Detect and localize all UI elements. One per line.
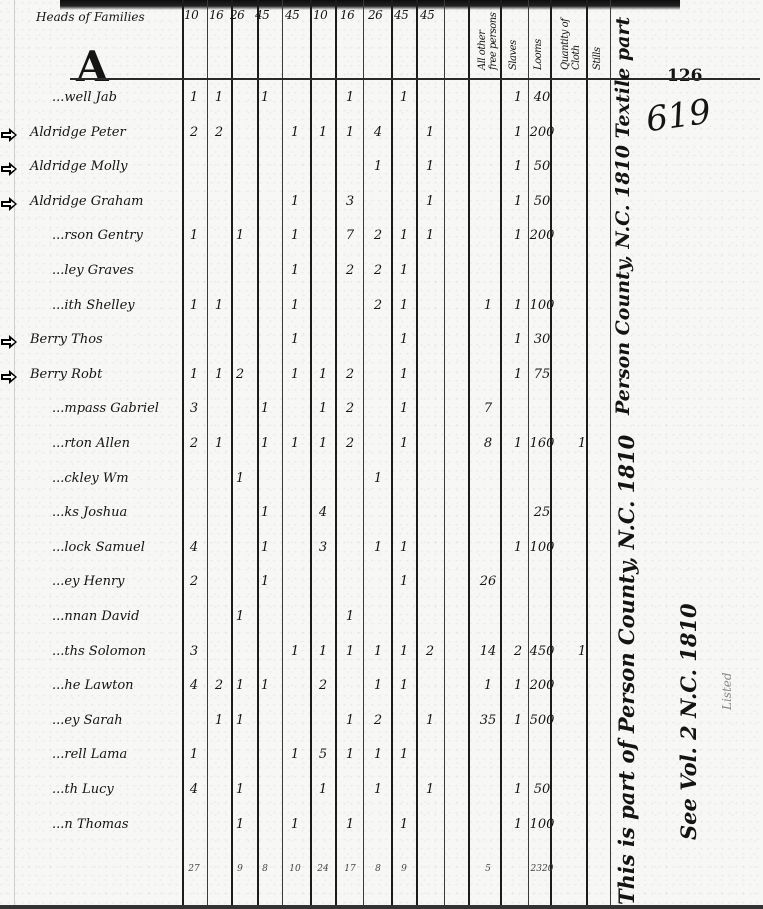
tally-cell: 1: [209, 713, 229, 728]
census-row: ...n Thomas11111100: [0, 815, 620, 843]
tally-cell: 1: [313, 401, 333, 416]
census-row: Aldridge Graham131150: [0, 192, 620, 220]
tally-cell: 1: [255, 90, 275, 105]
head-of-family-name: Berry Thos: [30, 332, 103, 347]
census-row: ...he Lawton421121111200: [0, 676, 620, 704]
tally-cell: 1: [368, 644, 388, 659]
tally-cell: 2: [209, 678, 229, 693]
tally-cell: 75: [525, 367, 559, 382]
head-of-family-name: Aldridge Graham: [30, 194, 144, 209]
tally-cell: 1: [255, 401, 275, 416]
age-column-header: 10: [184, 8, 198, 22]
tally-cell: 7: [340, 228, 360, 243]
tally-cell: 1: [313, 782, 333, 797]
section-letter: A: [76, 42, 109, 91]
right-arrow-icon: [0, 127, 18, 141]
tally-cell: 1: [368, 678, 388, 693]
tally-cell: 1: [394, 540, 414, 555]
total-cell: 27: [184, 864, 204, 874]
census-row: ...nnan David11: [0, 607, 620, 635]
tally-cell: 1: [394, 228, 414, 243]
tally-cell: 3: [184, 644, 204, 659]
tally-cell: 1: [255, 540, 275, 555]
tally-cell: 1: [420, 159, 440, 174]
tally-cell: 1: [340, 817, 360, 832]
tally-cell: 1: [313, 125, 333, 140]
tally-cell: 3: [184, 401, 204, 416]
tally-cell: 1: [255, 574, 275, 589]
head-of-family-name: ...rton Allen: [52, 436, 130, 451]
tally-cell: 1: [255, 505, 275, 520]
tally-cell: 100: [525, 817, 559, 832]
tally-cell: 1: [420, 713, 440, 728]
census-row: Berry Thos11130: [0, 330, 620, 358]
tally-cell: 450: [525, 644, 559, 659]
tally-cell: 1: [368, 159, 388, 174]
age-column-header: 45: [285, 8, 299, 22]
head-of-family-name: ...ks Joshua: [52, 505, 127, 520]
total-cell: 2320: [525, 864, 559, 874]
tally-cell: 8: [478, 436, 498, 451]
age-column-header: 45: [394, 8, 408, 22]
tally-cell: 2: [184, 574, 204, 589]
side-note-main: This is part of Person County, N.C. 1810: [614, 520, 639, 905]
tally-cell: 1: [230, 609, 250, 624]
tally-cell: 100: [525, 540, 559, 555]
tally-cell: 1: [478, 678, 498, 693]
census-row: ...rell Lama115111: [0, 745, 620, 773]
tally-cell: 1: [230, 713, 250, 728]
tally-cell: 1: [565, 644, 599, 659]
category-column-header: All other free persons: [477, 10, 493, 70]
tally-cell: 1: [394, 367, 414, 382]
total-cell: 8: [368, 864, 388, 874]
tally-cell: 1: [209, 436, 229, 451]
tally-cell: 1: [184, 298, 204, 313]
tally-cell: 1: [394, 332, 414, 347]
head-of-family-name: ...lock Samuel: [52, 540, 145, 555]
tally-cell: 2: [368, 263, 388, 278]
tally-cell: 1: [394, 298, 414, 313]
tally-cell: 1: [420, 782, 440, 797]
census-row: ...rson Gentry11172111200: [0, 226, 620, 254]
head-of-family-name: ...ey Henry: [52, 574, 125, 589]
side-note-upper: Person County, N.C. 1810 Textile part: [612, 115, 634, 415]
census-row: Aldridge Molly11150: [0, 157, 620, 185]
head-of-family-name: ...ckley Wm: [52, 471, 129, 486]
names-column-header: Heads of Families: [36, 10, 145, 24]
total-cell: 8: [255, 864, 275, 874]
tally-cell: 5: [313, 747, 333, 762]
tally-cell: 1: [230, 471, 250, 486]
total-cell: 5: [478, 864, 498, 874]
tally-cell: 30: [525, 332, 559, 347]
tally-cell: 1: [285, 332, 305, 347]
tally-cell: 1: [394, 90, 414, 105]
tally-cell: 2: [340, 401, 360, 416]
tally-cell: 1: [368, 782, 388, 797]
tally-cell: 500: [525, 713, 559, 728]
tally-cell: 1: [420, 125, 440, 140]
category-column-header: Looms: [533, 10, 549, 70]
census-row: ...ith Shelley1112111100: [0, 296, 620, 324]
tally-cell: 2: [420, 644, 440, 659]
head-of-family-name: ...th Lucy: [52, 782, 114, 797]
tally-cell: 1: [285, 367, 305, 382]
head-of-family-name: ...ith Shelley: [52, 298, 135, 313]
tally-cell: 4: [184, 540, 204, 555]
column-totals: 27981024178952320: [0, 862, 620, 882]
category-column-header: Slaves: [508, 10, 524, 70]
tally-cell: 1: [340, 644, 360, 659]
tally-cell: 2: [368, 228, 388, 243]
tally-cell: 1: [209, 90, 229, 105]
head-of-family-name: ...ley Graves: [52, 263, 134, 278]
census-row: ...ey Sarah11121351500: [0, 711, 620, 739]
tally-cell: 3: [340, 194, 360, 209]
tally-cell: 1: [255, 678, 275, 693]
head-of-family-name: Aldridge Peter: [30, 125, 126, 140]
tally-cell: 100: [525, 298, 559, 313]
tally-cell: 50: [525, 159, 559, 174]
folio-mark: 619: [644, 92, 714, 141]
tally-cell: 1: [394, 263, 414, 278]
tally-cell: 26: [478, 574, 498, 589]
scan-bottom-edge: [0, 905, 763, 909]
right-arrow-icon: [0, 369, 18, 383]
tally-cell: 1: [394, 436, 414, 451]
census-row: ...ey Henry21126: [0, 572, 620, 600]
tally-cell: 200: [525, 678, 559, 693]
tally-cell: 1: [394, 678, 414, 693]
age-column-header: 16: [209, 8, 223, 22]
census-row: ...th Lucy41111150: [0, 780, 620, 808]
tally-cell: 1: [230, 782, 250, 797]
tally-cell: 200: [525, 125, 559, 140]
tally-cell: 1: [368, 747, 388, 762]
tally-cell: 1: [313, 436, 333, 451]
tally-cell: 1: [230, 228, 250, 243]
tally-cell: 2: [340, 367, 360, 382]
tally-cell: 1: [184, 367, 204, 382]
tally-cell: 1: [209, 298, 229, 313]
tally-cell: 2: [368, 713, 388, 728]
head-of-family-name: ...n Thomas: [52, 817, 129, 832]
tally-cell: 1: [285, 747, 305, 762]
header-rule: [70, 78, 760, 80]
census-row: ...ks Joshua1425: [0, 503, 620, 531]
tally-cell: 1: [340, 609, 360, 624]
census-row: Aldridge Peter22111411200: [0, 123, 620, 151]
total-cell: 17: [340, 864, 360, 874]
tally-cell: 1: [420, 228, 440, 243]
tally-cell: 2: [368, 298, 388, 313]
head-of-family-name: ...rell Lama: [52, 747, 127, 762]
age-column-header: 10: [313, 8, 327, 22]
tally-cell: 35: [478, 713, 498, 728]
census-row: ...ths Solomon31111121424501: [0, 642, 620, 670]
census-row: ...lock Samuel413111100: [0, 538, 620, 566]
total-cell: 9: [394, 864, 414, 874]
tally-cell: 50: [525, 194, 559, 209]
tally-cell: 1: [340, 747, 360, 762]
tally-cell: 4: [184, 782, 204, 797]
tally-cell: 7: [478, 401, 498, 416]
tally-cell: 4: [368, 125, 388, 140]
category-column-header: Stills: [592, 10, 608, 70]
head-of-family-name: ...well Jab: [52, 90, 117, 105]
tally-cell: 1: [285, 125, 305, 140]
tally-cell: 25: [525, 505, 559, 520]
total-cell: 9: [230, 864, 250, 874]
tally-cell: 160: [525, 436, 559, 451]
tally-cell: 1: [394, 401, 414, 416]
tally-cell: 1: [394, 574, 414, 589]
census-row: ...mpass Gabriel311217: [0, 399, 620, 427]
head-of-family-name: ...mpass Gabriel: [52, 401, 159, 416]
tally-cell: 1: [368, 471, 388, 486]
right-arrow-icon: [0, 334, 18, 348]
tally-cell: 1: [184, 90, 204, 105]
tally-cell: 1: [340, 90, 360, 105]
side-note-reference: See Vol. 2 N.C. 1810: [676, 540, 701, 840]
head-of-family-name: ...ey Sarah: [52, 713, 123, 728]
page-number: 126: [667, 66, 703, 86]
tally-cell: 1: [313, 367, 333, 382]
tally-cell: 200: [525, 228, 559, 243]
tally-cell: 1: [340, 713, 360, 728]
tally-cell: 50: [525, 782, 559, 797]
age-column-header: 45: [255, 8, 269, 22]
census-row: ...ley Graves1221: [0, 261, 620, 289]
tally-cell: 1: [313, 644, 333, 659]
age-column-header: 16: [340, 8, 354, 22]
head-of-family-name: ...rson Gentry: [52, 228, 143, 243]
tally-cell: 1: [184, 228, 204, 243]
age-column-header: 26: [368, 8, 382, 22]
head-of-family-name: ...nnan David: [52, 609, 139, 624]
tally-cell: 1: [478, 298, 498, 313]
tally-cell: 2: [313, 678, 333, 693]
census-row: ...ckley Wm11: [0, 469, 620, 497]
head-of-family-name: Berry Robt: [30, 367, 102, 382]
tally-cell: 1: [340, 125, 360, 140]
tally-cell: 1: [285, 298, 305, 313]
census-row: ...rton Allen2111121811601: [0, 434, 620, 462]
tally-cell: 1: [285, 436, 305, 451]
tally-cell: 2: [340, 263, 360, 278]
right-arrow-icon: [0, 196, 18, 210]
tally-cell: 2: [340, 436, 360, 451]
tally-cell: 1: [230, 817, 250, 832]
tally-cell: 1: [420, 194, 440, 209]
tally-cell: 4: [184, 678, 204, 693]
tally-cell: 2: [230, 367, 250, 382]
census-row: ...well Jab11111140: [0, 88, 620, 116]
tally-cell: 1: [230, 678, 250, 693]
census-row: Berry Robt1121121175: [0, 365, 620, 393]
census-page-scan: Heads of Families A 126 619 101626454510…: [0, 0, 763, 909]
tally-cell: 1: [565, 436, 599, 451]
tally-cell: 2: [184, 436, 204, 451]
tally-cell: 1: [285, 194, 305, 209]
tally-cell: 14: [478, 644, 498, 659]
tally-cell: 1: [184, 747, 204, 762]
tally-cell: 1: [285, 228, 305, 243]
total-cell: 24: [313, 864, 333, 874]
tally-cell: 4: [313, 505, 333, 520]
side-note-faint: Listed: [720, 600, 734, 710]
tally-cell: 1: [394, 817, 414, 832]
tally-cell: 2: [184, 125, 204, 140]
tally-cell: 1: [394, 747, 414, 762]
tally-cell: 1: [285, 263, 305, 278]
tally-cell: 1: [285, 644, 305, 659]
tally-cell: 1: [394, 644, 414, 659]
tally-cell: 3: [313, 540, 333, 555]
age-column-header: 45: [420, 8, 434, 22]
tally-cell: 1: [368, 540, 388, 555]
age-column-header: 26: [230, 8, 244, 22]
tally-cell: 1: [209, 367, 229, 382]
tally-cell: 1: [285, 817, 305, 832]
right-arrow-icon: [0, 161, 18, 175]
category-column-header: Quantity of Cloth: [560, 10, 576, 70]
head-of-family-name: ...ths Solomon: [52, 644, 146, 659]
tally-cell: 40: [525, 90, 559, 105]
tally-cell: 1: [255, 436, 275, 451]
total-cell: 10: [285, 864, 305, 874]
tally-cell: 2: [209, 125, 229, 140]
head-of-family-name: Aldridge Molly: [30, 159, 128, 174]
head-of-family-name: ...he Lawton: [52, 678, 134, 693]
